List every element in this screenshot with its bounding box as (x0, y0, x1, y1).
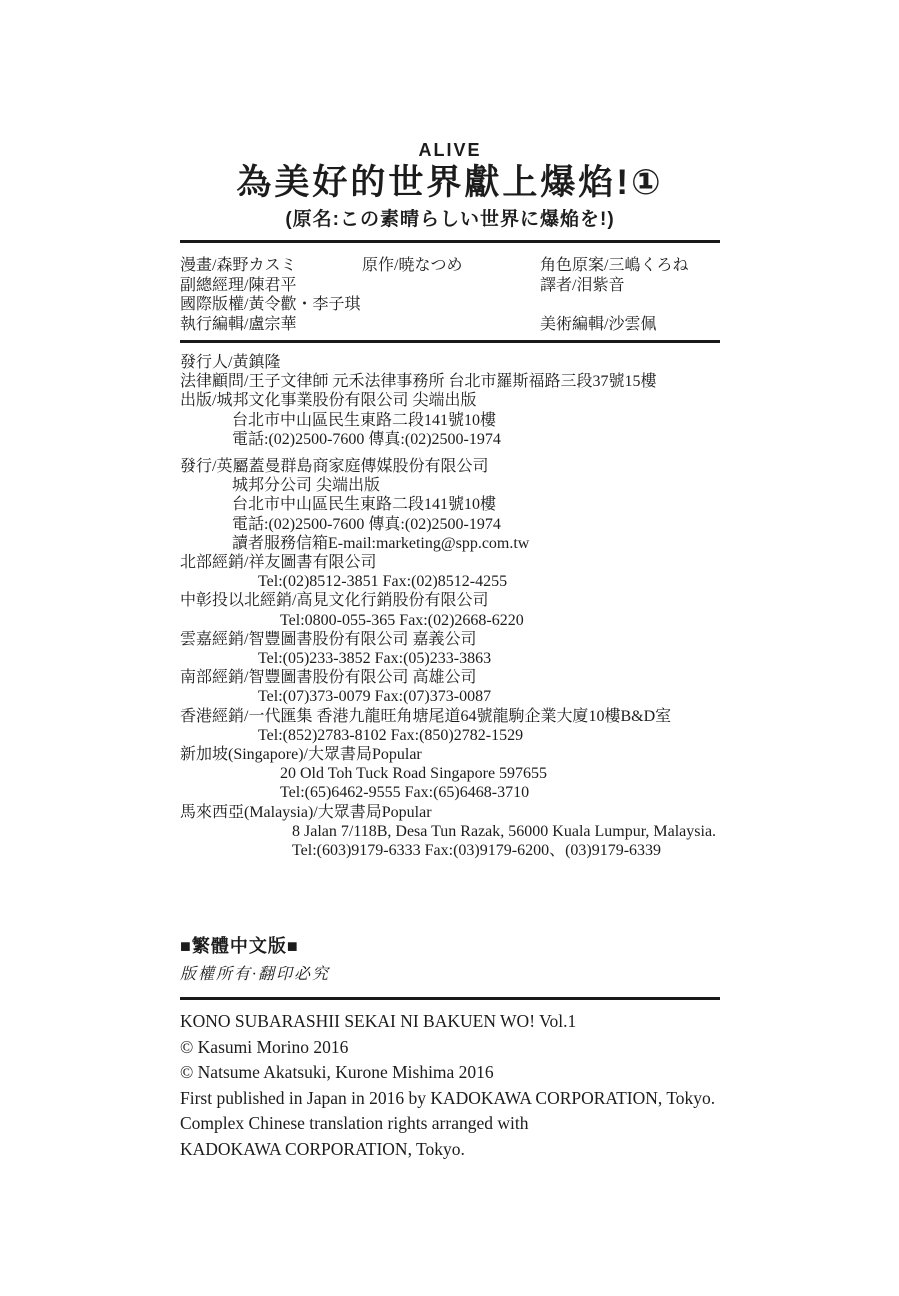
colophon-line: Tel:(603)9179-6333 Fax:(03)9179-6200、(03… (180, 841, 720, 860)
colophon-line: 雲嘉經銷/智豐圖書股份有限公司 嘉義公司 (180, 630, 720, 649)
colophon-line: Tel:0800-055-365 Fax:(02)2668-6220 (180, 611, 720, 630)
credit-translator: 譯者/泪紫音 (540, 276, 624, 296)
publication-info: 發行人/黃鎮隆 法律顧問/王子文律師 元禾法律事務所 台北市羅斯福路三段37號1… (180, 353, 720, 860)
copyright-line: KADOKAWA CORPORATION, Tokyo. (180, 1137, 720, 1163)
colophon-page: ALIVE 為美好的世界獻上爆焰!① (原名:この素晴らしい世界に爆焔を!) 漫… (180, 0, 720, 1162)
colophon-line: 8 Jalan 7/118B, Desa Tun Razak, 56000 Ku… (180, 822, 720, 841)
colophon-line: 電話:(02)2500-7600 傳真:(02)2500-1974 (180, 430, 720, 449)
divider (180, 240, 720, 243)
copyright-line: Complex Chinese translation rights arran… (180, 1111, 720, 1137)
colophon-line: 發行人/黃鎮隆 (180, 353, 720, 372)
colophon-line: 新加坡(Singapore)/大眾書局Popular (180, 745, 720, 764)
credits-row: 漫畫/森野カスミ 原作/暁なつめ 角色原案/三嶋くろね (180, 256, 720, 276)
copyright-section: KONO SUBARASHII SEKAI NI BAKUEN WO! Vol.… (180, 1009, 720, 1162)
edition-banner: ■繁體中文版■ (180, 936, 720, 957)
copyright-line: © Natsume Akatsuki, Kurone Mishima 2016 (180, 1060, 720, 1086)
colophon-line: 台北市中山區民生東路二段141號10樓 (180, 411, 720, 430)
credit-art-editor: 美術編輯/沙雲佩 (540, 315, 656, 335)
colophon-line: Tel:(852)2783-8102 Fax:(850)2782-1529 (180, 726, 720, 745)
colophon-line: 香港經銷/一代匯集 香港九龍旺角塘尾道64號龍駒企業大廈10樓B&D室 (180, 707, 720, 726)
copyright-line: First published in Japan in 2016 by KADO… (180, 1086, 720, 1112)
colophon-line: 法律顧問/王子文律師 元禾法律事務所 台北市羅斯福路三段37號15樓 (180, 372, 720, 391)
book-original-title: (原名:この素晴らしい世界に爆焔を!) (180, 208, 720, 232)
reader-service-email: 讀者服務信箱E-mail:marketing@spp.com.tw (180, 534, 720, 553)
credits-row: 副總經理/陳君平 譯者/泪紫音 (180, 276, 720, 296)
copyright-line: KONO SUBARASHII SEKAI NI BAKUEN WO! Vol.… (180, 1009, 720, 1035)
colophon-line: Tel:(65)6462-9555 Fax:(65)6468-3710 (180, 783, 720, 802)
credits-row: 國際版權/黃令歡・李子琪 (180, 295, 720, 315)
publisher-block: 發行人/黃鎮隆 法律顧問/王子文律師 元禾法律事務所 台北市羅斯福路三段37號1… (180, 353, 720, 449)
rights-notice: 版權所有·翻印必究 (180, 965, 720, 984)
colophon-line: 城邦分公司 尖端出版 (180, 476, 720, 495)
credit-international-rights: 國際版權/黃令歡・李子琪 (180, 295, 360, 315)
book-title: 為美好的世界獻上爆焰!① (180, 162, 720, 203)
credit-original-story: 原作/暁なつめ (362, 256, 462, 276)
copyright-line: © Kasumi Morino 2016 (180, 1035, 720, 1061)
colophon-line: 台北市中山區民生東路二段141號10樓 (180, 495, 720, 514)
colophon-line: 中彰投以北經銷/高見文化行銷股份有限公司 (180, 591, 720, 610)
divider (180, 340, 720, 343)
credits-section: 漫畫/森野カスミ 原作/暁なつめ 角色原案/三嶋くろね 副總經理/陳君平 譯者/… (180, 256, 720, 334)
colophon-line: 馬來西亞(Malaysia)/大眾書局Popular (180, 803, 720, 822)
colophon-line: 出版/城邦文化事業股份有限公司 尖端出版 (180, 391, 720, 410)
colophon-line: Tel:(05)233-3852 Fax:(05)233-3863 (180, 649, 720, 668)
credit-character-design: 角色原案/三嶋くろね (540, 256, 688, 276)
edition-section: ■繁體中文版■ 版權所有·翻印必究 (180, 936, 720, 984)
divider (180, 997, 720, 1000)
colophon-line: 20 Old Toh Tuck Road Singapore 597655 (180, 764, 720, 783)
credit-artist: 漫畫/森野カスミ (180, 256, 296, 276)
colophon-line: 發行/英屬蓋曼群島商家庭傳媒股份有限公司 (180, 457, 720, 476)
credit-executive-editor: 執行編輯/盧宗華 (180, 315, 296, 335)
distribution-block: 發行/英屬蓋曼群島商家庭傳媒股份有限公司 城邦分公司 尖端出版 台北市中山區民生… (180, 457, 720, 860)
colophon-line: 北部經銷/祥友圖書有限公司 (180, 553, 720, 572)
colophon-line: 南部經銷/智豐圖書股份有限公司 高雄公司 (180, 668, 720, 687)
credits-row: 執行編輯/盧宗華 美術編輯/沙雲佩 (180, 315, 720, 335)
credit-deputy-manager: 副總經理/陳君平 (180, 276, 296, 296)
colophon-line: Tel:(07)373-0079 Fax:(07)373-0087 (180, 687, 720, 706)
colophon-line: 電話:(02)2500-7600 傳真:(02)2500-1974 (180, 515, 720, 534)
colophon-line: Tel:(02)8512-3851 Fax:(02)8512-4255 (180, 572, 720, 591)
imprint-label: ALIVE (180, 141, 720, 159)
